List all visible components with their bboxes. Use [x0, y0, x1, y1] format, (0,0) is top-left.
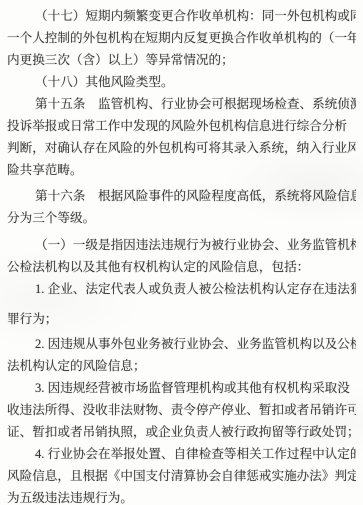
paragraph: 1. 企业、法定代表人或负责人被公检法机构认定存在违法犯罪行为； — [7, 278, 356, 330]
paragraph: 第十五条 监管机构、行业协会可根据现场检查、系统侦测、投诉举报或日常工作中发现的… — [7, 93, 356, 181]
text-line: （十八）其他风险类型。 — [7, 71, 356, 93]
text-line: 法机构认定的风险信息； — [7, 355, 356, 377]
paragraph: 4. 行业协会在举报处置、自律检查等相关工作过程中认定的风险信息，且根据《中国支… — [7, 443, 356, 505]
text-line: 风险信息，且根据《中国支付清算协会自律惩戒实施办法》判定 — [7, 465, 356, 487]
text-line: 2. 因违规从事外包业务被行业协会、业务监管机构以及公检 — [7, 333, 356, 355]
document-page: （十七）短期内频繁变更合作收单机构：同一外包机构或同一个人控制的外包机构在短期内… — [0, 0, 363, 505]
paragraph: 第十六条 根据风险事件的风险程度高低，系统将风险信息分为三个等级。 — [7, 185, 356, 229]
text-line: （一）一级是指因违法违规行为被行业协会、业务监管机构、 — [7, 234, 356, 256]
paragraph: （十八）其他风险类型。 — [7, 71, 356, 93]
text-line: 险共享范畴。 — [7, 159, 356, 181]
paragraph: （十七）短期内频繁变更合作收单机构：同一外包机构或同一个人控制的外包机构在短期内… — [7, 5, 356, 71]
text-line: 1. 企业、法定代表人或负责人被公检法机构认定存在违法犯 — [7, 278, 356, 300]
paragraph: 2. 因违规从事外包业务被行业协会、业务监管机构以及公检法机构认定的风险信息； — [7, 333, 356, 377]
text-line: 4. 行业协会在举报处置、自律检查等相关工作过程中认定的 — [7, 443, 356, 465]
text-line: 一个人控制的外包机构在短期内反复更换合作收单机构的（一年 — [7, 27, 356, 49]
text-line: （十七）短期内频繁变更合作收单机构：同一外包机构或同 — [7, 5, 356, 27]
text-line: 3. 因违规经营被市场监督管理机构或其他有权机构采取没 — [7, 377, 356, 399]
text-line: 为五级违法违规行为。 — [7, 487, 356, 505]
text-line: 判断，对确认存在风险的外包机构可将其录入系统，纳入行业风 — [7, 137, 356, 159]
text-line: 罪行为； — [7, 308, 356, 330]
text-line: 证、暂扣或者吊销执照，或企业负责人被行政拘留等行政处罚； — [7, 421, 356, 443]
paragraph: （一）一级是指因违法违规行为被行业协会、业务监管机构、公检法机构以及其他有权机构… — [7, 234, 356, 278]
text-line: 第十六条 根据风险事件的风险程度高低，系统将风险信息 — [7, 185, 356, 207]
text-line: 公检法机构以及其他有权机构认定的风险信息，包括： — [7, 256, 356, 278]
text-line: 分为三个等级。 — [7, 207, 356, 229]
text-line: 收违法所得、没收非法财物、责令停产停业、暂扣或者吊销许可 — [7, 399, 356, 421]
text-line: 第十五条 监管机构、行业协会可根据现场检查、系统侦测、 — [7, 93, 356, 115]
text-line: 投诉举报或日常工作中发现的风险外包机构信息进行综合分析 — [7, 115, 356, 137]
text-line: 内更换三次（含）以上）等异常情况的； — [7, 49, 356, 71]
paragraph: 3. 因违规经营被市场监督管理机构或其他有权机构采取没收违法所得、没收非法财物、… — [7, 377, 356, 443]
